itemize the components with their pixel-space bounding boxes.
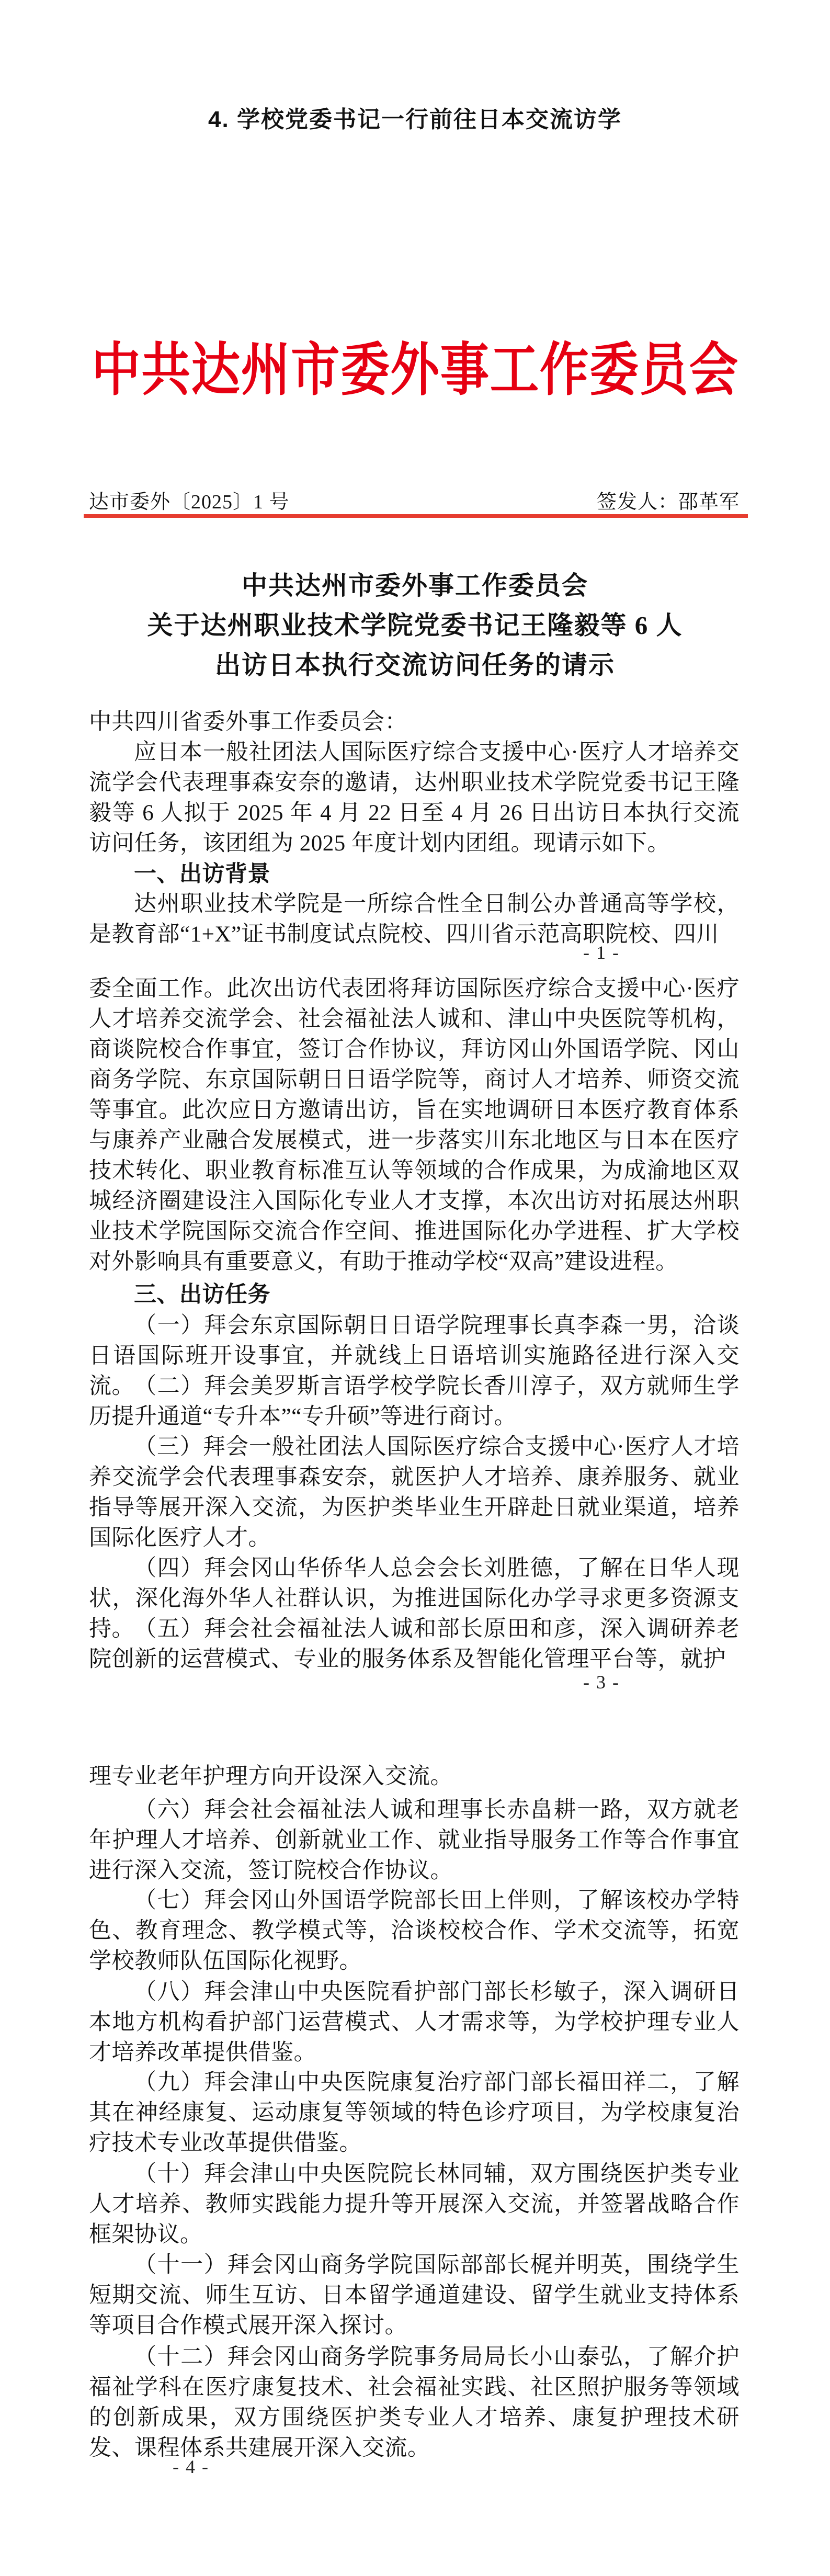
document-title-line-3: 出访日本执行交流访问任务的请示 [0, 645, 830, 685]
task-item-12: （十二）拜会冈山商务学院事务局局长小山泰弘，了解介护福祉学科在医疗康复技术、社会… [89, 2342, 740, 2464]
salutation: 中共四川省委外事工作委员会： [89, 707, 740, 737]
document-title-line-1: 中共达州市委外事工作委员会 [0, 566, 830, 606]
task-item-5-part-1: （五）拜会社会福祉法人诚和部长原田和彦，深入调研养老院创新的运营模式、专业的服务… [89, 1614, 740, 1675]
document-title: 中共达州市委外事工作委员会 关于达州职业技术学院党委书记王隆毅等 6 人 出访日… [0, 566, 830, 685]
page-number-1: - 1 - [583, 941, 620, 963]
paragraph-intro: 应日本一般社团法人国际医疗综合支援中心·医疗人才培养交流学会代表理事森安奈的邀请… [89, 737, 740, 859]
page-number-3: - 3 - [583, 1671, 620, 1693]
task-item-8: （八）拜会津山中央医院看护部门部长杉敏子，深入调研日本地方机构看护部门运营模式、… [89, 1977, 740, 2068]
agency-masthead: 中共达州市委外事工作委员会 [0, 339, 830, 402]
task-item-11: （十一）拜会冈山商务学院国际部部长梶并明英，围绕学生短期交流、师生互访、日本留学… [89, 2250, 740, 2341]
agency-masthead-text: 中共达州市委外事工作委员会 [92, 339, 739, 402]
task-item-9: （九）拜会津山中央医院康复治疗部门部长福田祥二，了解其在神经康复、运动康复等领域… [89, 2068, 740, 2159]
task-item-5-part-2: 理专业老年护理方向开设深入交流。 [89, 1762, 740, 1792]
section-heading-background: 一、出访背景 [89, 859, 740, 889]
section-heading-tasks: 三、出访任务 [89, 1279, 740, 1310]
task-item-6: （六）拜会社会福祉法人诚和理事长赤畠耕一路，双方就老年护理人才培养、创新就业工作… [89, 1795, 740, 1886]
document-header-note: 4. 学校党委书记一行前往日本交流访学 [0, 100, 830, 134]
paragraph-background-2: 委全面工作。此次出访代表团将拜访国际医疗综合支援中心·医疗人才培养交流学会、社会… [89, 974, 740, 1277]
task-item-10: （十）拜会津山中央医院院长林同辅，双方围绕医护类专业人才培养、教师实践能力提升等… [89, 2159, 740, 2250]
document-number: 达市委外〔2025〕1 号 [89, 485, 290, 514]
document-title-line-2: 关于达州职业技术学院党委书记王隆毅等 6 人 [0, 606, 830, 645]
task-item-3: （三）拜会一般社团法人国际医疗综合支援中心·医疗人才培养交流学会代表理事森安奈，… [89, 1432, 740, 1553]
paragraph-background-1: 达州职业技术学院是一所综合性全日制公办普通高等学校，是教育部“1+X”证书制度试… [89, 889, 740, 950]
task-item-7: （七）拜会冈山外国语学院部长田上伴则，了解该校办学特色、教育理念、教学模式等，洽… [89, 1886, 740, 1977]
task-item-2: （二）拜会美罗斯言语学校学院长香川淳子，双方就师生学历提升通道“专升本”“专升硕… [89, 1371, 740, 1432]
signer: 签发人：邵革军 [597, 485, 740, 514]
page-number-4: - 4 - [173, 2456, 209, 2478]
red-separator-line [84, 514, 748, 518]
document-info-row: 达市委外〔2025〕1 号 签发人：邵革军 [89, 485, 740, 514]
scanned-official-document: 4. 学校党委书记一行前往日本交流访学 中共达州市委外事工作委员会 达市委外〔2… [0, 0, 830, 2576]
